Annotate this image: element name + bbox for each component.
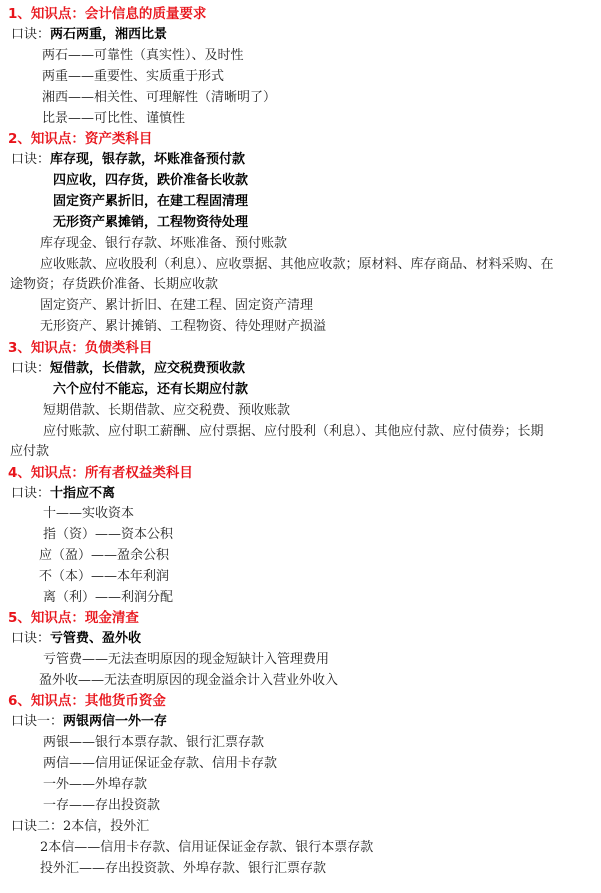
list-item: 库存现金、银行存款、坏账准备、预付账款 [40,234,287,254]
mnemonic-text: 十指应不离 [50,486,115,501]
section-1-mnemonic: 口诀：两石两重，湘西比景 [11,25,167,45]
section-5-heading: 5、知识点：现金清查 [8,608,139,628]
list-item: 不（本）——本年利润 [39,567,169,587]
list-item: 两银——银行本票存款、银行汇票存款 [43,733,264,753]
mnemonic-text: 亏管费、盈外收 [50,631,141,646]
mnemonic-text: 两石两重，湘西比景 [50,27,167,42]
list-item: 亏管费——无法查明原因的现金短缺计入管理费用 [43,650,329,670]
mnemonic-label: 口诀一： [11,714,63,729]
section-6-heading: 6、知识点：其他货币资金 [8,691,166,711]
mnemonic-text: 2本信，投外汇 [63,819,149,834]
mnemonic-label: 口诀： [11,631,50,646]
section-2-mnemonic: 口诀：库存现，银存款，坏账准备预付款 [11,150,245,170]
list-item: 两重——重要性、实质重于形式 [42,67,224,87]
list-item: 应付账款、应付职工薪酬、应付票据、应付股利（利息）、其他应付款、应付债券；长期 [43,422,544,442]
section-6-mnemonic: 口诀一：两银两信一外一存 [11,712,167,732]
list-item: 指（资）——资本公积 [43,525,173,545]
mnemonic-label: 口诀： [11,361,50,376]
list-item: 途物资；存货跌价准备、长期应收款 [10,275,218,295]
section-3-mnemonic: 口诀：短借款，长借款，应交税费预收款 [11,359,245,379]
list-item: 应（盈）——盈余公积 [39,546,169,566]
mnemonic-continued: 六个应付不能忘，还有长期应付款 [53,380,248,400]
list-item: 应付款 [10,442,49,462]
list-item: 2本信——信用卡存款、信用证保证金存款、银行本票存款 [40,838,373,858]
list-item: 两信——信用证保证金存款、信用卡存款 [43,754,277,774]
mnemonic-label: 口诀： [11,152,50,167]
list-item: 比景——可比性、谨慎性 [42,109,185,129]
section-4-mnemonic: 口诀：十指应不离 [11,484,115,504]
mnemonic-text: 两银两信一外一存 [63,714,167,729]
mnemonic-continued: 四应收，四存货，跌价准备长收款 [53,171,248,191]
list-item: 离（利）——利润分配 [43,588,173,608]
list-item: 一外——外埠存款 [43,775,147,795]
section-2-heading: 2、知识点：资产类科目 [8,129,152,149]
list-item: 投外汇——存出投资款、外埠存款、银行汇票存款 [40,859,326,879]
mnemonic-continued: 无形资产累摊销，工程物资待处理 [53,213,248,233]
section-5-mnemonic: 口诀：亏管费、盈外收 [11,629,141,649]
list-item: 无形资产、累计摊销、工程物资、待处理财产损溢 [40,317,326,337]
list-item: 十——实收资本 [43,504,134,524]
mnemonic-label: 口诀： [11,486,50,501]
section-6-mnemonic-2: 口诀二：2本信，投外汇 [11,817,149,837]
mnemonic-continued: 固定资产累折旧，在建工程固清理 [53,192,248,212]
list-item: 应收账款、应收股利（利息）、应收票据、其他应收款；原材料、库存商品、材料采购、在 [40,255,554,275]
list-item: 短期借款、长期借款、应交税费、预收账款 [43,401,290,421]
list-item: 盈外收——无法查明原因的现金溢余计入营业外收入 [39,671,338,691]
section-1-heading: 1、知识点：会计信息的质量要求 [8,4,206,24]
list-item: 一存——存出投资款 [43,796,160,816]
mnemonic-text: 库存现，银存款，坏账准备预付款 [50,152,245,167]
mnemonic-label: 口诀： [11,27,50,42]
section-4-heading: 4、知识点：所有者权益类科目 [8,463,193,483]
list-item: 湘西——相关性、可理解性（清晰明了） [42,88,276,108]
section-3-heading: 3、知识点：负债类科目 [8,338,152,358]
list-item: 两石——可靠性（真实性）、及时性 [42,46,244,66]
list-item: 固定资产、累计折旧、在建工程、固定资产清理 [40,296,313,316]
mnemonic-label: 口诀二： [11,819,63,834]
mnemonic-text: 短借款，长借款，应交税费预收款 [50,361,245,376]
